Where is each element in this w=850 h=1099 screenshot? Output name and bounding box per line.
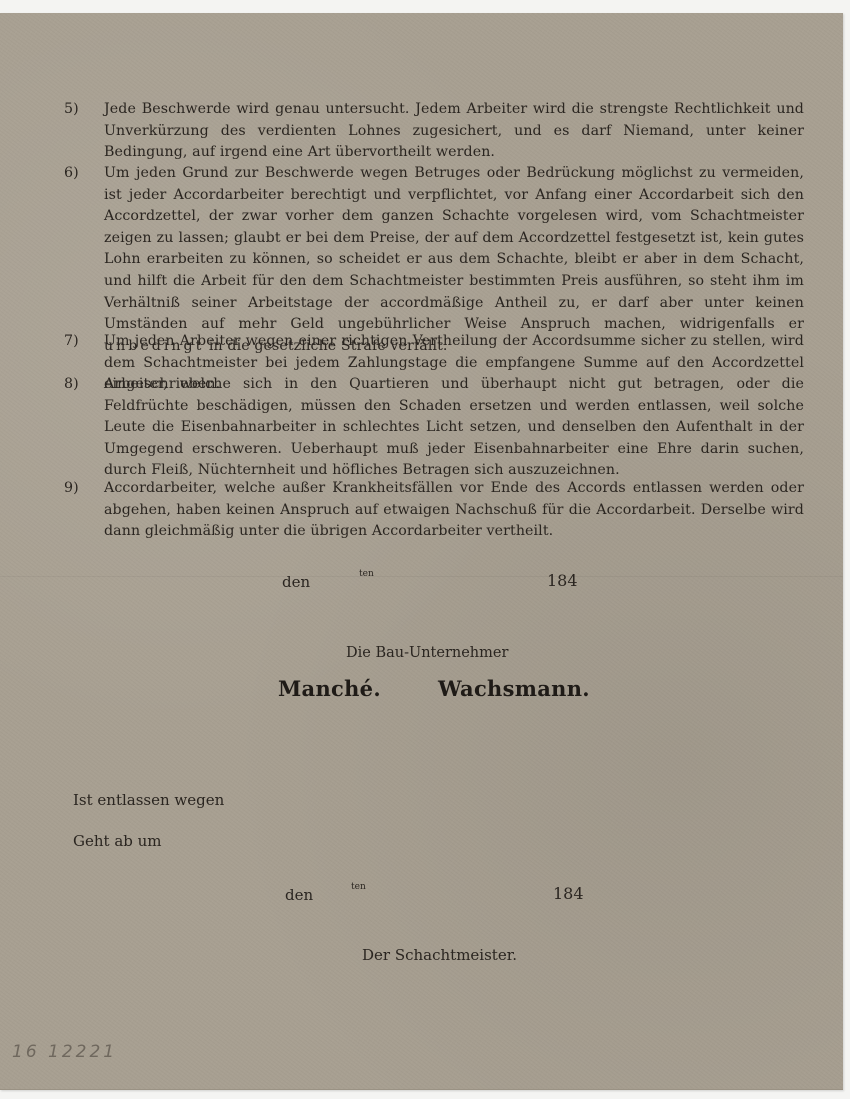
clause-text: Um jeden Grund zur Beschwerde wegen Betr… — [104, 163, 804, 357]
archive-number: 16 12221 — [12, 1042, 117, 1062]
dismissed-reason-label: Ist entlassen wegen — [73, 791, 224, 809]
clause-6: 6) Um jeden Grund zur Beschwerde wegen B… — [64, 163, 804, 357]
clause-text: Jede Beschwerde wird genau untersucht. J… — [104, 99, 804, 164]
date-den-label: den — [285, 886, 313, 904]
clause-9: 9) Accordarbeiter, welche außer Krankhei… — [64, 478, 804, 543]
clause-number: 6) — [64, 163, 104, 357]
date-ten-label: ten — [359, 569, 374, 579]
clause-number: 8) — [64, 374, 104, 482]
company-title: Die Bau-Unternehmer — [346, 645, 508, 661]
clause-8: 8) Arbeiter, welche sich in den Quartier… — [64, 374, 804, 482]
date-den-label: den — [282, 573, 310, 591]
signatory-wachsmann: Wachsmann. — [438, 676, 590, 701]
clause-number: 5) — [64, 99, 104, 164]
date-year: 184 — [553, 884, 584, 903]
clause-text-part: Um jeden Grund zur Beschwerde wegen Betr… — [104, 165, 804, 332]
date-year: 184 — [547, 571, 578, 590]
date-line-foreman: den ten 184 — [285, 886, 585, 906]
clause-5: 5) Jede Beschwerde wird genau untersucht… — [64, 99, 804, 164]
date-ten-label: ten — [351, 882, 366, 892]
signatory-manche: Manché. — [278, 676, 381, 701]
departure-label: Geht ab um — [73, 832, 162, 850]
date-line-company: den ten 184 — [282, 573, 582, 593]
clause-text: Arbeiter, welche sich in den Quartieren … — [104, 374, 804, 482]
foreman-signature: Der Schachtmeister. — [362, 946, 517, 964]
clause-text: Accordarbeiter, welche außer Krankheitsf… — [104, 478, 804, 543]
clause-number: 9) — [64, 478, 104, 543]
